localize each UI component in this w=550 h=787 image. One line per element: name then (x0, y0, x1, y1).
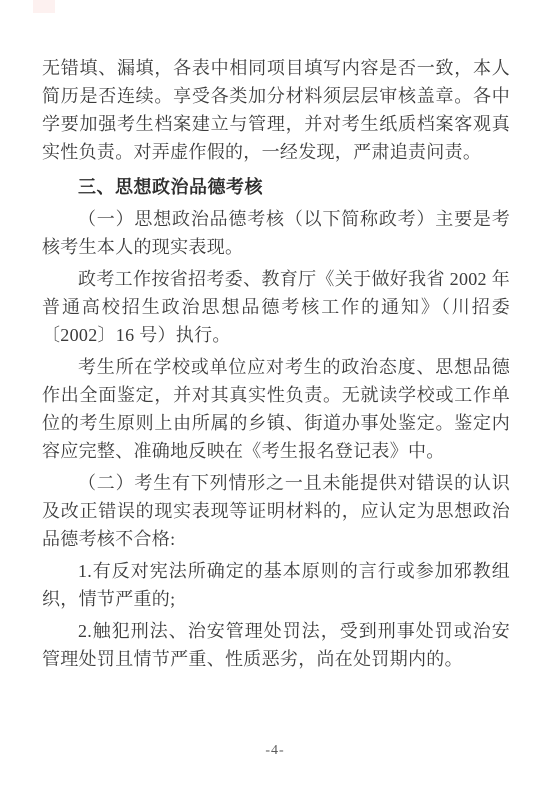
paragraph-definition: （一）思想政治品德考核（以下简称政考）主要是考核考生本人的现实表现。 (42, 205, 510, 261)
paragraph-archive-check: 无错填、漏填，各表中相同项目填写内容是否一致，本人简历是否连续。享受各类加分材料… (42, 54, 510, 166)
scan-artifact (33, 0, 55, 13)
paragraph-appraisal: 考生所在学校或单位应对考生的政治态度、思想品德作出全面鉴定，并对其真实性负责。无… (42, 353, 510, 465)
document-content: 无错填、漏填，各表中相同项目填写内容是否一致，本人简历是否连续。享受各类加分材料… (42, 50, 510, 673)
section-heading: 三、思想政治品德考核 (42, 173, 510, 201)
paragraph-item-1: 1.有反对宪法所确定的基本原则的言行或参加邪教组织，情节严重的; (42, 557, 510, 613)
paragraph-item-2: 2.触犯刑法、治安管理处罚法，受到刑事处罚或治安管理处罚且情节严重、性质恶劣，尚… (42, 617, 510, 673)
document-page: 无错填、漏填，各表中相同项目填写内容是否一致，本人简历是否连续。享受各类加分材料… (0, 0, 550, 787)
paragraph-disqualification-intro: （二）考生有下列情形之一且未能提供对错误的认识及改正错误的现实表现等证明材料的，… (42, 469, 510, 553)
paragraph-policy-reference: 政考工作按省招考委、教育厅《关于做好我省 2002 年普通高校招生政治思想品德考… (42, 265, 510, 349)
page-number: -4- (0, 743, 550, 759)
